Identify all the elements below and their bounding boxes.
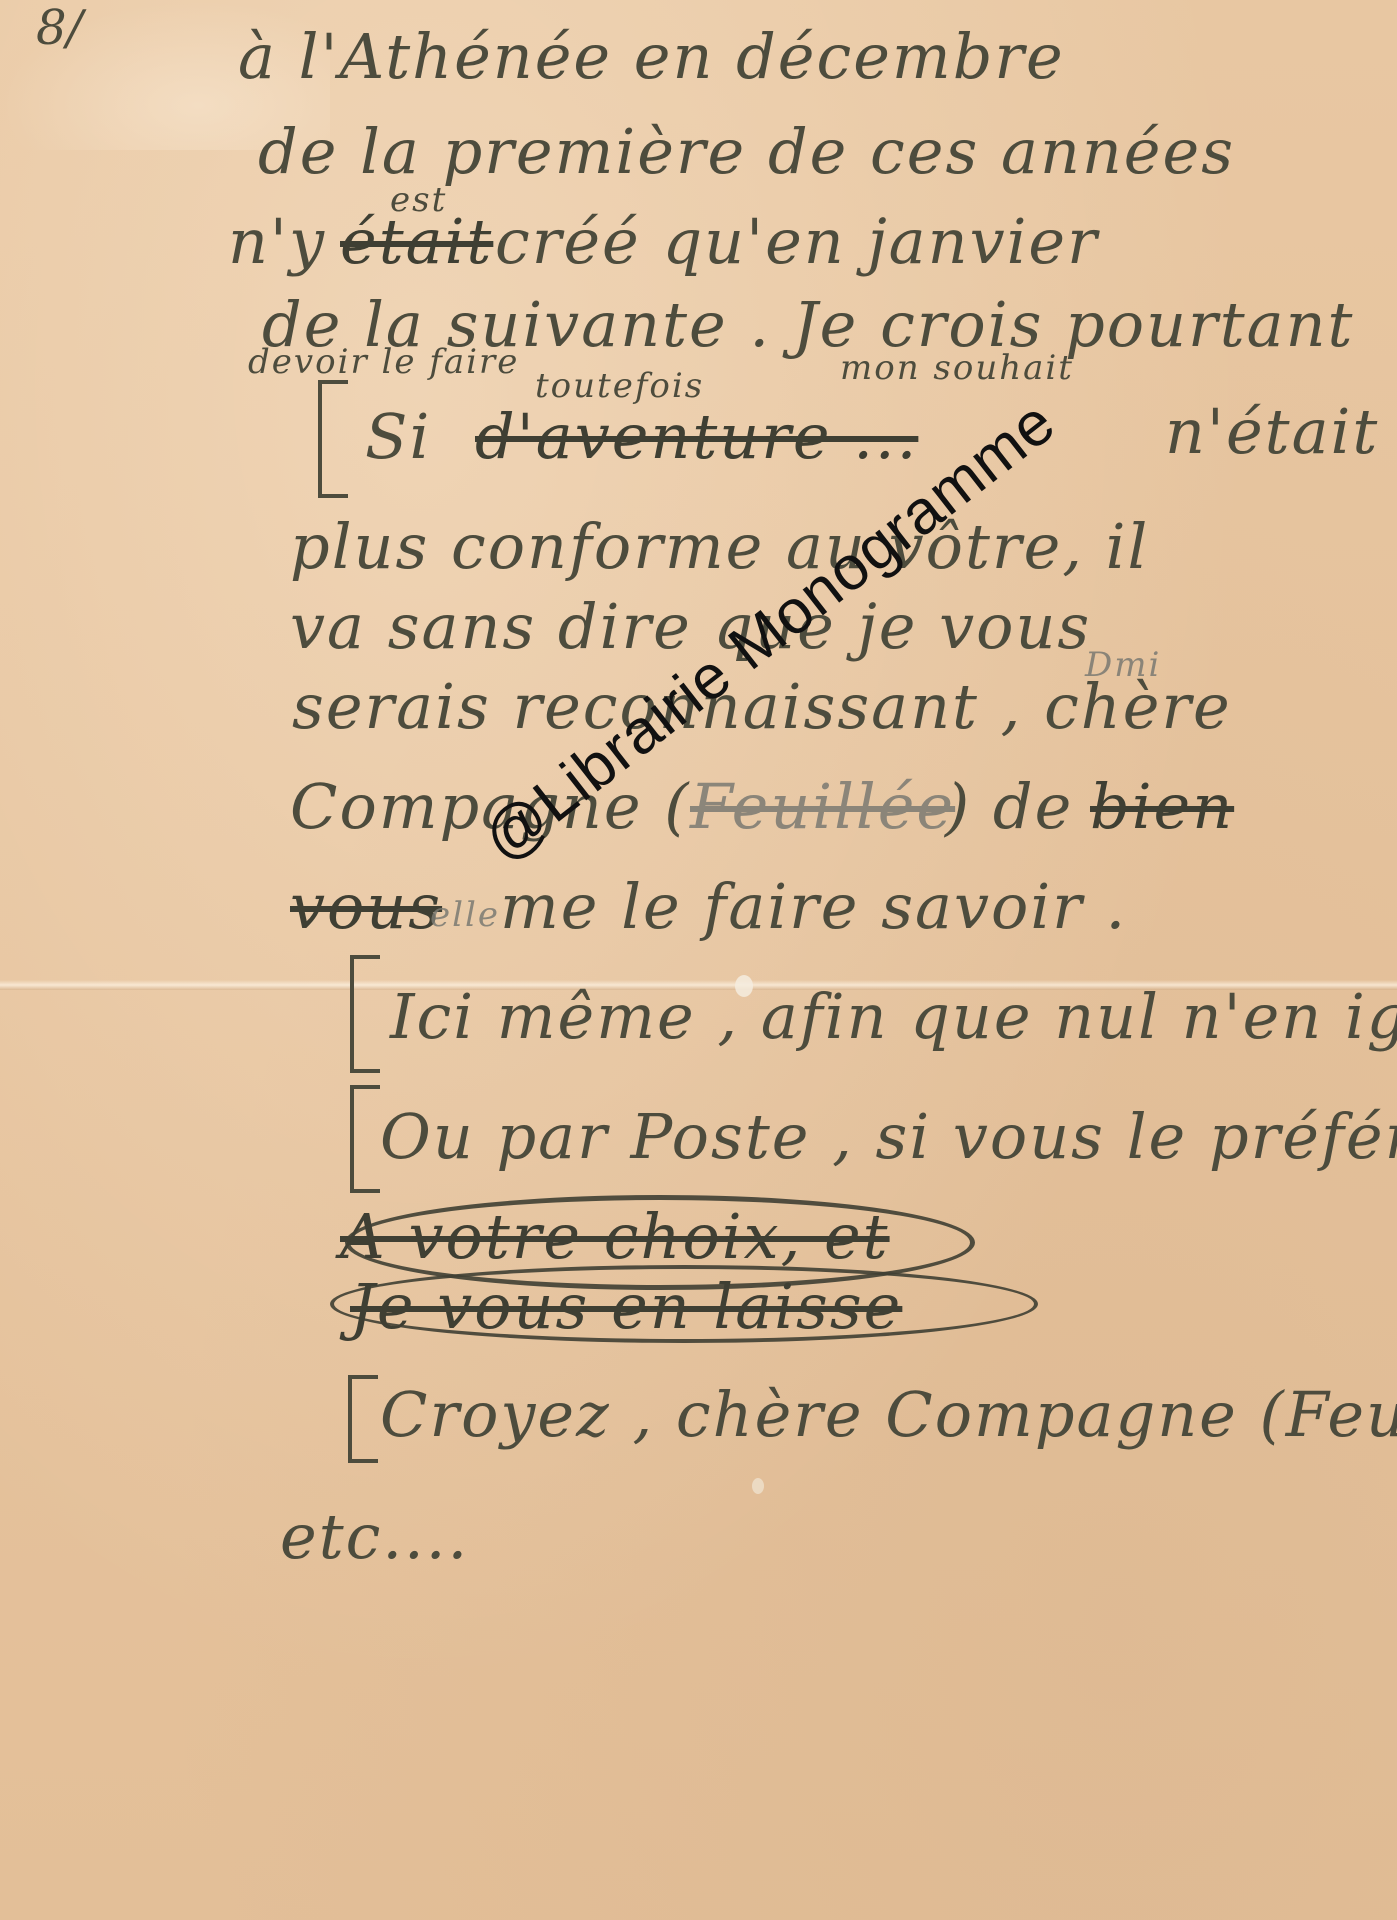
manuscript-line: Croyez , chère Compagne (Feuillée [380, 1378, 1397, 1451]
inserted-phrase: mon souhait [840, 348, 1074, 388]
margin-bracket [348, 1375, 378, 1463]
manuscript-line: n'y [228, 205, 326, 278]
paper-hole [752, 1478, 764, 1494]
manuscript-line: etc.... [280, 1500, 469, 1573]
struck-phrase: d'aventure ... [475, 400, 918, 473]
inserted-phrase: devoir le faire [248, 342, 519, 382]
manuscript-line: me le faire savoir . [500, 870, 1127, 943]
folio-mark: 8/ [36, 0, 83, 56]
struck-word: bien [1090, 770, 1234, 843]
manuscript-line: Si [365, 400, 431, 473]
margin-bracket [350, 955, 380, 1073]
manuscript-line: Ou par Poste , si vous le préférez . [380, 1100, 1397, 1173]
manuscript-line: à l'Athénée en décembre [238, 20, 1065, 93]
struck-word: vous [290, 870, 442, 943]
margin-bracket [318, 380, 348, 498]
manuscript-page: 8/ à l'Athénée en décembre de la premièr… [0, 0, 1397, 1920]
scribble-strikeout [330, 1265, 1038, 1343]
struck-pencil-word: Feuillée [690, 770, 955, 843]
inserted-word: est [390, 180, 447, 220]
manuscript-line: Ici même , afin que nul n'en ignore [390, 980, 1397, 1053]
manuscript-line: plus conforme au vôtre, il [290, 510, 1149, 583]
manuscript-line: n'était [1165, 395, 1379, 468]
manuscript-line: créé qu'en janvier [495, 205, 1099, 278]
pencil-note: Dmi [1085, 645, 1161, 685]
manuscript-line: ) de [945, 770, 1073, 843]
manuscript-line: de la première de ces années [258, 115, 1235, 188]
pencil-note: elle [430, 895, 500, 935]
margin-bracket [350, 1085, 380, 1193]
